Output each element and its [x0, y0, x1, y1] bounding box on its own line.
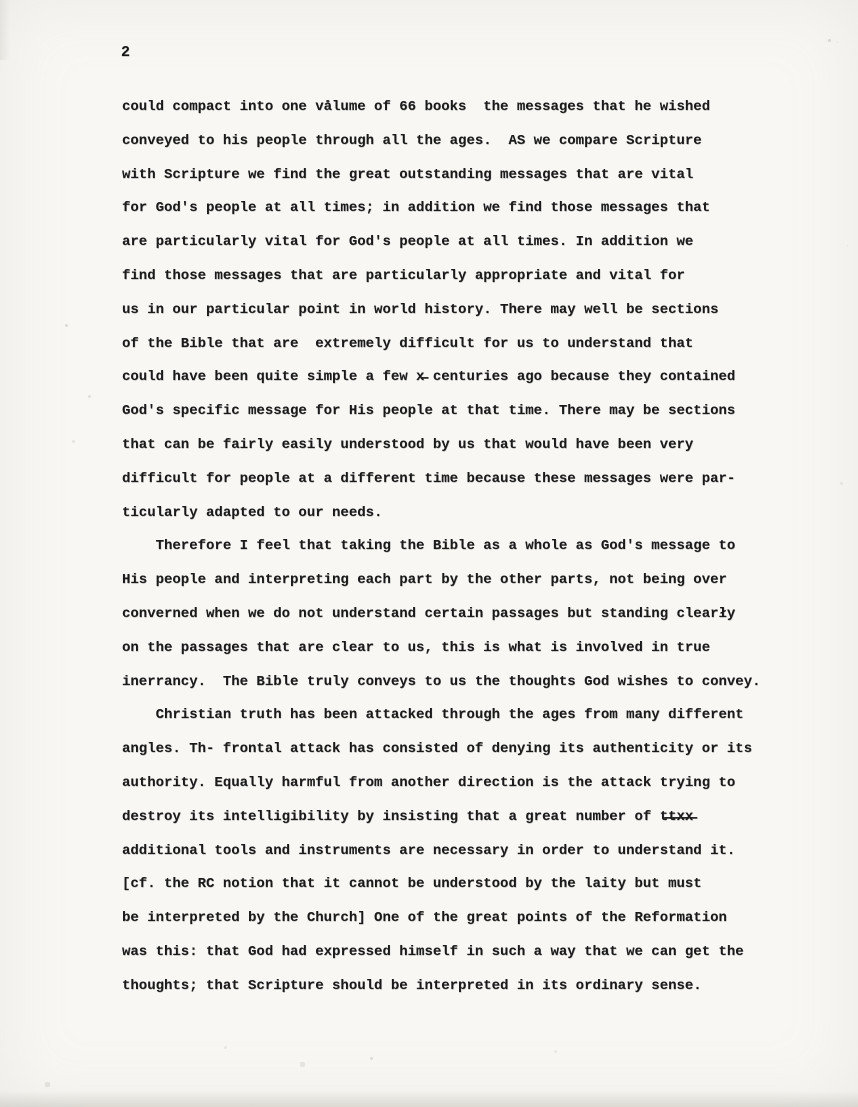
- text-line: conveyed to his people through all the a…: [122, 125, 782, 159]
- text-line: are particularly vital for God's people …: [122, 226, 782, 260]
- text-line: was this: that God had expressed himself…: [122, 936, 782, 970]
- text-line: on the passages that are clear to us, th…: [122, 632, 782, 666]
- scan-edge-shadow: [0, 0, 10, 60]
- text-line: converned when we do not understand cert…: [122, 598, 782, 632]
- text-line: His people and interpreting each part by…: [122, 564, 782, 598]
- text-line: inerrancy. The Bible truly conveys to us…: [122, 666, 782, 700]
- text-line: Christian truth has been attacked throug…: [122, 699, 782, 733]
- paragraph-3: Christian truth has been attacked throug…: [122, 699, 782, 1003]
- text-line: authority. Equally harmful from another …: [122, 767, 782, 801]
- text-line: [cf. the RC notion that it cannot be und…: [122, 868, 782, 902]
- text-line: additional tools and instruments are nec…: [122, 835, 782, 869]
- text-line: angles. Th- frontal attack has consisted…: [122, 733, 782, 767]
- text-line: God's specific message for His people at…: [122, 395, 782, 429]
- paragraph-1: could compact into one vålume of 66 book…: [122, 91, 782, 530]
- text-line: Therefore I feel that taking the Bible a…: [122, 530, 782, 564]
- page-number: 2: [121, 44, 130, 61]
- text-line: could have been quite simple a few x̶ ce…: [122, 361, 782, 395]
- text-line: ticularly adapted to our needs.: [122, 497, 782, 531]
- document-body: could compact into one vålume of 66 book…: [122, 91, 782, 1004]
- text-line: that can be fairly easily understood by …: [122, 429, 782, 463]
- text-line: could compact into one vålume of 66 book…: [122, 91, 782, 125]
- paragraph-2: Therefore I feel that taking the Bible a…: [122, 530, 782, 699]
- text-line: with Scripture we find the great outstan…: [122, 159, 782, 193]
- text-line: find those messages that are particularl…: [122, 260, 782, 294]
- text-line: difficult for people at a different time…: [122, 463, 782, 497]
- text-line: us in our particular point in world hist…: [122, 294, 782, 328]
- scan-bottom-shadow: [0, 1091, 858, 1107]
- text-line: thoughts; that Scripture should be inter…: [122, 970, 782, 1004]
- document-page: 2 could compact into one vålume of 66 bo…: [0, 0, 858, 1107]
- text-line: of the Bible that are extremely difficul…: [122, 328, 782, 362]
- text-line: be interpreted by the Church] One of the…: [122, 902, 782, 936]
- text-line: destroy its intelligibility by insisting…: [122, 801, 782, 835]
- text-line: for God's people at all times; in additi…: [122, 192, 782, 226]
